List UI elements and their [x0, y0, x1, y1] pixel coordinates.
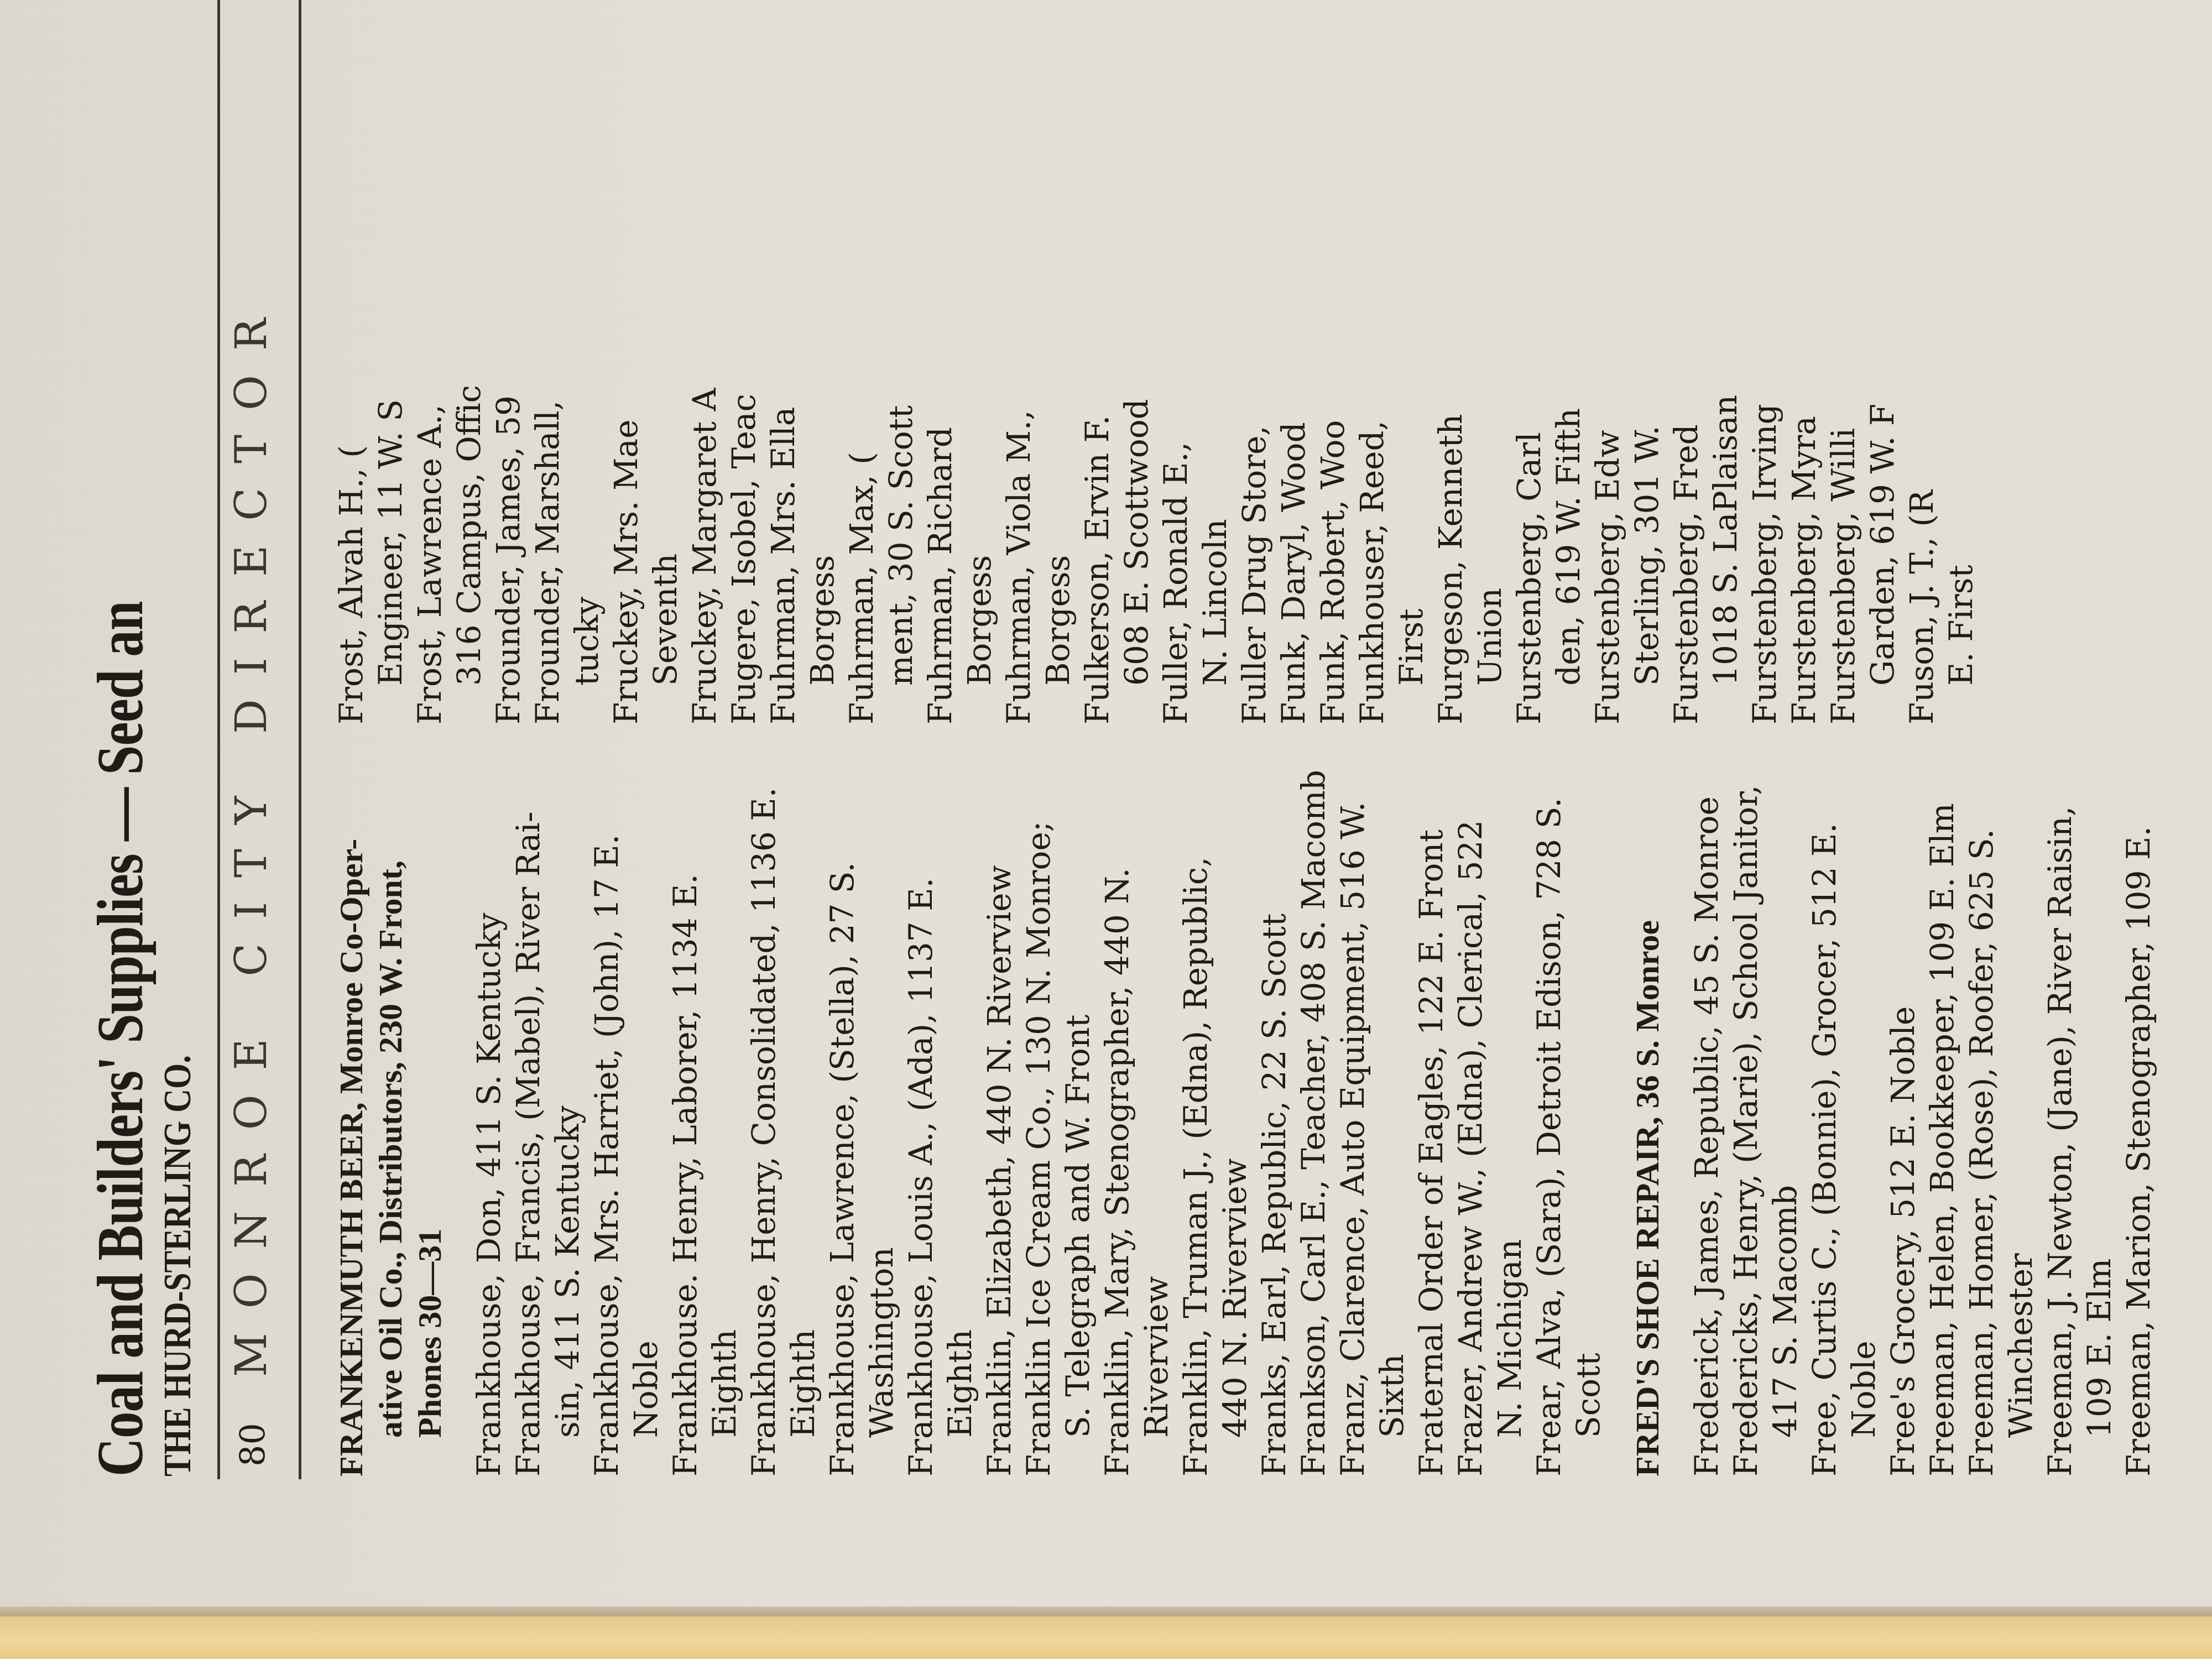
- entry-name-line: Frederick, James, Republic, 45 S. Monroe: [1688, 796, 1725, 1477]
- entry-name-line: Frost, Alvah H., (: [332, 445, 370, 724]
- entry-name-line: Frankhouse. Henry, Laborer, 1134 E.: [666, 874, 704, 1477]
- entry-continuation-line: Engineer, 11 W. S: [371, 0, 410, 724]
- running-head: MONROE CITY DIRECTOR: [227, 294, 276, 1377]
- directory-entry: Fuller, Ronald E.,N. Lincoln: [1156, 0, 1235, 724]
- entry-name-line: Freeman, Helen, Bookkeeper, 109 E. Elm: [1923, 803, 1961, 1477]
- directory-entry: Frounder, James, 59: [489, 0, 528, 724]
- entry-name-line: Franklin, Mary, Stenographer, 440 N.: [1098, 868, 1136, 1477]
- entry-continuation-line: E. First: [1942, 0, 1981, 724]
- entry-continuation-line: N. Lincoln: [1196, 0, 1235, 724]
- directory-entry: Freeman, Marion, Stenographer, 109 E.: [2119, 813, 2158, 1477]
- entry-continuation-line: Scott: [1569, 813, 1608, 1477]
- header-rule-bottom: [299, 0, 301, 1479]
- directory-entry: Fruckey, Margaret A: [685, 0, 724, 724]
- directory-entry: Fredericks, Henry, (Marie), School Janit…: [1726, 813, 1805, 1477]
- directory-entry: Frankhouse, Mrs. Harriet, (John), 17 E.N…: [587, 813, 666, 1477]
- entry-name-line: Freeman, J. Newton, (Jane), River Raisin…: [2041, 806, 2079, 1477]
- directory-entry: Frankhouse, Don, 411 S. Kentucky: [469, 813, 509, 1477]
- entry-spacer: [450, 813, 469, 1477]
- entry-name-line: Frounder, James, 59: [489, 395, 527, 724]
- entry-name-line: Furstenberg, Fred: [1667, 424, 1705, 724]
- directory-entry: Frear, Alva, (Sara), Detroit Edison, 728…: [1530, 813, 1608, 1477]
- entry-name-line: Frankhouse, Francis, (Mabel), River Rai-: [509, 811, 547, 1477]
- entry-continuation-line: Seventh: [646, 0, 685, 724]
- entry-continuation-line: ative Oil Co., Distributors, 230 W. Fron…: [371, 813, 410, 1477]
- directory-entry: Funk, Robert, Woo: [1313, 0, 1353, 724]
- directory-entry: Franklin, Elizabeth, 440 N. Riverview: [980, 813, 1019, 1477]
- entry-continuation-line: N. Michigan: [1490, 813, 1530, 1477]
- directory-entry: Free's Grocery, 512 E. Noble: [1884, 813, 1923, 1477]
- directory-entry: Freeman, J. Newton, (Jane), River Raisin…: [2041, 813, 2119, 1477]
- entry-continuation-line: Washington: [862, 813, 901, 1477]
- entry-name-line: Frost, Lawrence A.,: [411, 404, 448, 724]
- entry-spacer: [1608, 813, 1628, 1477]
- directory-entry: Frankhouse, Francis, (Mabel), River Rai-…: [509, 813, 587, 1477]
- entry-name-line: Funk, Daryl, Wood: [1275, 422, 1312, 724]
- entry-name-line: Frankhouse, Mrs. Harriet, (John), 17 E.: [588, 834, 625, 1477]
- entry-name-line: Furstenberg, Edw: [1589, 430, 1626, 724]
- directory-entry: Frost, Alvah H., (Engineer, 11 W. S: [332, 0, 410, 724]
- entry-name-line: Furgeson, Kenneth: [1432, 414, 1469, 724]
- directory-entry: FRANKENMUTH BEER, Monroe Co-Oper-ative O…: [332, 813, 450, 1477]
- directory-entry: Frankhouse, Henry, Consolidated, 1136 E.…: [744, 813, 823, 1477]
- directory-page: Coal and Builders' Supplies — Seed an TH…: [0, 0, 2212, 1615]
- entry-name-line: Fuller Drug Store,: [1235, 425, 1273, 724]
- entry-continuation-line: Sterling, 301 W.: [1627, 0, 1667, 724]
- entry-continuation-line: Sixth: [1373, 813, 1412, 1477]
- entry-name-line: Frankhouse, Lawrence, (Stella), 27 S.: [823, 862, 861, 1477]
- directory-entry: Frankhouse. Henry, Laborer, 1134 E.Eight…: [666, 813, 744, 1477]
- entry-continuation-line: Phones 30—31: [410, 813, 450, 1477]
- header-rule-top: [217, 0, 220, 1479]
- entry-name-line: FRANKENMUTH BEER, Monroe Co-Oper-: [333, 839, 369, 1477]
- directory-entry: Fuhrman, RichardBorgess: [921, 0, 999, 724]
- entry-name-line: Furstenberg, Myra: [1785, 416, 1823, 724]
- entry-name-line: Fruckey, Margaret A: [686, 388, 723, 724]
- entry-name-line: Freeman, Marion, Stenographer, 109 E.: [2120, 826, 2157, 1477]
- entry-name-line: Furstenberg, Carl: [1510, 432, 1548, 725]
- directory-entry: Free, Curtis C., (Bonnie), Grocer, 512 E…: [1805, 813, 1884, 1477]
- directory-entry: Frankhouse, Lawrence, (Stella), 27 S.Was…: [823, 813, 901, 1477]
- directory-entry: Furstenberg, Fred1018 S. LaPlaisan: [1667, 0, 1745, 724]
- directory-entry: Franklin Ice Cream Co., 130 N. Monroe;S.…: [1019, 813, 1098, 1477]
- entry-continuation-line: tucky: [567, 0, 607, 724]
- directory-entry: Furgeson, KennethUnion: [1431, 0, 1510, 724]
- directory-entry: Franklin, Truman J., (Edna), Republic,44…: [1176, 813, 1255, 1477]
- entry-continuation-line: Borgess: [1039, 0, 1078, 724]
- entry-name-line: Frounder, Marshall,: [529, 400, 566, 724]
- directory-entry: Fugere, Isobel, Teac: [724, 0, 764, 724]
- entry-continuation-line: Borgess: [960, 0, 999, 724]
- entry-name-line: Franklin, Truman J., (Edna), Republic,: [1177, 857, 1214, 1477]
- directory-entry: Funk, Daryl, Wood: [1274, 0, 1313, 724]
- entry-continuation-line: 316 Campus, Offic: [450, 0, 489, 724]
- entry-continuation-line: 417 S. Macomb: [1766, 813, 1805, 1477]
- entry-continuation-line: Eighth: [784, 813, 823, 1477]
- entry-continuation-line: 440 N. Riverview: [1215, 813, 1255, 1477]
- directory-entry: Fuhrman, Max, (ment, 30 S. Scott: [842, 0, 921, 724]
- entry-continuation-line: Noble: [627, 813, 666, 1477]
- directory-entry: Fraternal Order of Eagles, 122 E. Front: [1412, 813, 1451, 1477]
- entry-name-line: Franklin, Elizabeth, 440 N. Riverview: [980, 865, 1018, 1477]
- entry-name-line: Furstenberg, Willi: [1824, 428, 1862, 724]
- entry-continuation-line: 1018 S. LaPlaisan: [1706, 0, 1745, 724]
- advertisement-header: Coal and Builders' Supplies — Seed an: [83, 601, 158, 1477]
- directory-entry: FRED'S SHOE REPAIR, 36 S. Monroe: [1628, 813, 1667, 1477]
- directory-entry: Furstenberg, EdwSterling, 301 W.: [1588, 0, 1667, 724]
- page-number: 80: [232, 1423, 273, 1467]
- entry-continuation-line: 109 E. Elm: [2080, 813, 2119, 1477]
- entry-continuation-line: Eighth: [705, 813, 744, 1477]
- entry-name-line: Franz, Clarence, Auto Equipment, 516 W.: [1334, 802, 1371, 1477]
- directory-entry: Fuson, J. T., (RE. First: [1902, 0, 1981, 724]
- directory-entry: Freeman, Helen, Bookkeeper, 109 E. Elm: [1923, 813, 1962, 1477]
- directory-entry: Funkhouser, Reed,First: [1353, 0, 1431, 724]
- directory-entry: Frederick, James, Republic, 45 S. Monroe: [1687, 813, 1726, 1477]
- entry-continuation-line: ment, 30 S. Scott: [881, 0, 921, 724]
- entry-continuation-line: Eighth: [941, 813, 980, 1477]
- entry-name-line: Fuller, Ronald E.,: [1157, 442, 1194, 724]
- entry-name-line: Fruckey, Mrs. Mae: [607, 420, 645, 724]
- entry-name-line: Free, Curtis C., (Bonnie), Grocer, 512 E…: [1806, 823, 1843, 1477]
- entry-name-line: FRED'S SHOE REPAIR, 36 S. Monroe: [1629, 920, 1666, 1477]
- entry-continuation-line: 608 E. Scottwood: [1117, 0, 1156, 724]
- directory-entry: Freeman, Homer, (Rose), Roofer, 625 S.Wi…: [1962, 813, 2041, 1477]
- directory-entry: Frost, Lawrence A.,316 Campus, Offic: [410, 0, 489, 724]
- directory-entry: Furstenberg, Carlden, 619 W. Fifth: [1510, 0, 1588, 724]
- directory-entry: Franklin, Mary, Stenographer, 440 N.Rive…: [1098, 813, 1176, 1477]
- directory-entry: Frankhouse, Louis A., (Ada), 1137 E.Eigh…: [901, 813, 980, 1477]
- entry-name-line: Frankson, Carl E., Teacher, 408 S. Macom…: [1295, 770, 1332, 1477]
- directory-column-1: FRANKENMUTH BEER, Monroe Co-Oper-ative O…: [332, 813, 2158, 1477]
- entry-name-line: Frankhouse, Louis A., (Ada), 1137 E.: [902, 878, 940, 1477]
- entry-name-line: Funkhouser, Reed,: [1353, 420, 1391, 724]
- entry-continuation-line: Borgess: [803, 0, 842, 724]
- entry-name-line: Fulkerson, Ervin F.: [1078, 415, 1116, 724]
- entry-name-line: Free's Grocery, 512 E. Noble: [1884, 1006, 1922, 1477]
- entry-name-line: Freeman, Homer, (Rose), Roofer, 625 S.: [1963, 829, 2000, 1477]
- entry-continuation-line: Noble: [1844, 813, 1884, 1477]
- entry-continuation-line: S. Telegraph and W. Front: [1058, 813, 1098, 1477]
- entry-name-line: Fuson, J. T., (R: [1903, 490, 1940, 724]
- entry-name-line: Frazer, Andrew W., (Edna), Clerical, 522: [1452, 820, 1489, 1477]
- entry-name-line: Frear, Alva, (Sara), Detroit Edison, 728…: [1530, 797, 1568, 1477]
- directory-entry: Fulkerson, Ervin F.608 E. Scottwood: [1078, 0, 1156, 724]
- entry-name-line: Franks, Earl, Republic, 22 S. Scott: [1255, 914, 1293, 1477]
- directory-entry: Franz, Clarence, Auto Equipment, 516 W.S…: [1333, 813, 1412, 1477]
- entry-name-line: Frankhouse, Don, 411 S. Kentucky: [470, 913, 508, 1477]
- directory-entry: Frounder, Marshall,tucky: [528, 0, 607, 724]
- entry-name-line: Fuhrman, Richard: [921, 427, 959, 724]
- directory-entry: Frankson, Carl E., Teacher, 408 S. Macom…: [1294, 813, 1333, 1477]
- directory-entry: Fruckey, Mrs. MaeSeventh: [607, 0, 685, 724]
- entry-name-line: Fugere, Isobel, Teac: [725, 394, 763, 724]
- entry-name-line: Franklin Ice Cream Co., 130 N. Monroe;: [1020, 821, 1057, 1477]
- entry-name-line: Fuhrman, Mrs. Ella: [764, 407, 802, 724]
- directory-entry: Furstenberg, Irving: [1745, 0, 1785, 724]
- directory-entry: Fuller Drug Store,: [1235, 0, 1274, 724]
- directory-entry: Fuhrman, Viola M.,Borgess: [999, 0, 1078, 724]
- entry-name-line: Fuhrman, Viola M.,: [1000, 410, 1037, 724]
- entry-continuation-line: Union: [1470, 0, 1510, 724]
- entry-continuation-line: Winchester: [2001, 813, 2041, 1477]
- directory-entry: Franks, Earl, Republic, 22 S. Scott: [1255, 813, 1294, 1477]
- entry-spacer: [1667, 813, 1687, 1477]
- table-surface: [0, 1616, 2212, 1659]
- entry-continuation-line: First: [1392, 0, 1431, 724]
- directory-entry: Furstenberg, WilliGarden, 619 W. F: [1824, 0, 1902, 724]
- entry-name-line: Fraternal Order of Eagles, 122 E. Front: [1412, 830, 1450, 1477]
- entry-continuation-line: Garden, 619 W. F: [1863, 0, 1902, 724]
- directory-column-2: Frost, Alvah H., (Engineer, 11 W. SFrost…: [332, 0, 1981, 724]
- directory-entry: Furstenberg, Myra: [1785, 0, 1824, 724]
- directory-entry: Frazer, Andrew W., (Edna), Clerical, 522…: [1451, 813, 1530, 1477]
- entry-continuation-line: den, 619 W. Fifth: [1549, 0, 1588, 724]
- publisher-name: THE HURD-STERLING CO.: [156, 1055, 200, 1477]
- photo-background: Coal and Builders' Supplies — Seed an TH…: [0, 0, 2212, 1659]
- entry-continuation-line: Riverview: [1137, 813, 1176, 1477]
- entry-name-line: Fredericks, Henry, (Marie), School Janit…: [1727, 785, 1765, 1477]
- entry-name-line: Funk, Robert, Woo: [1314, 420, 1352, 724]
- entry-name-line: Frankhouse, Henry, Consolidated, 1136 E.: [745, 787, 782, 1477]
- directory-entry: Fuhrman, Mrs. EllaBorgess: [764, 0, 842, 724]
- entry-name-line: Furstenberg, Irving: [1746, 404, 1783, 724]
- entry-continuation-line: sin, 411 S. Kentucky: [548, 813, 587, 1477]
- entry-name-line: Fuhrman, Max, (: [843, 452, 880, 724]
